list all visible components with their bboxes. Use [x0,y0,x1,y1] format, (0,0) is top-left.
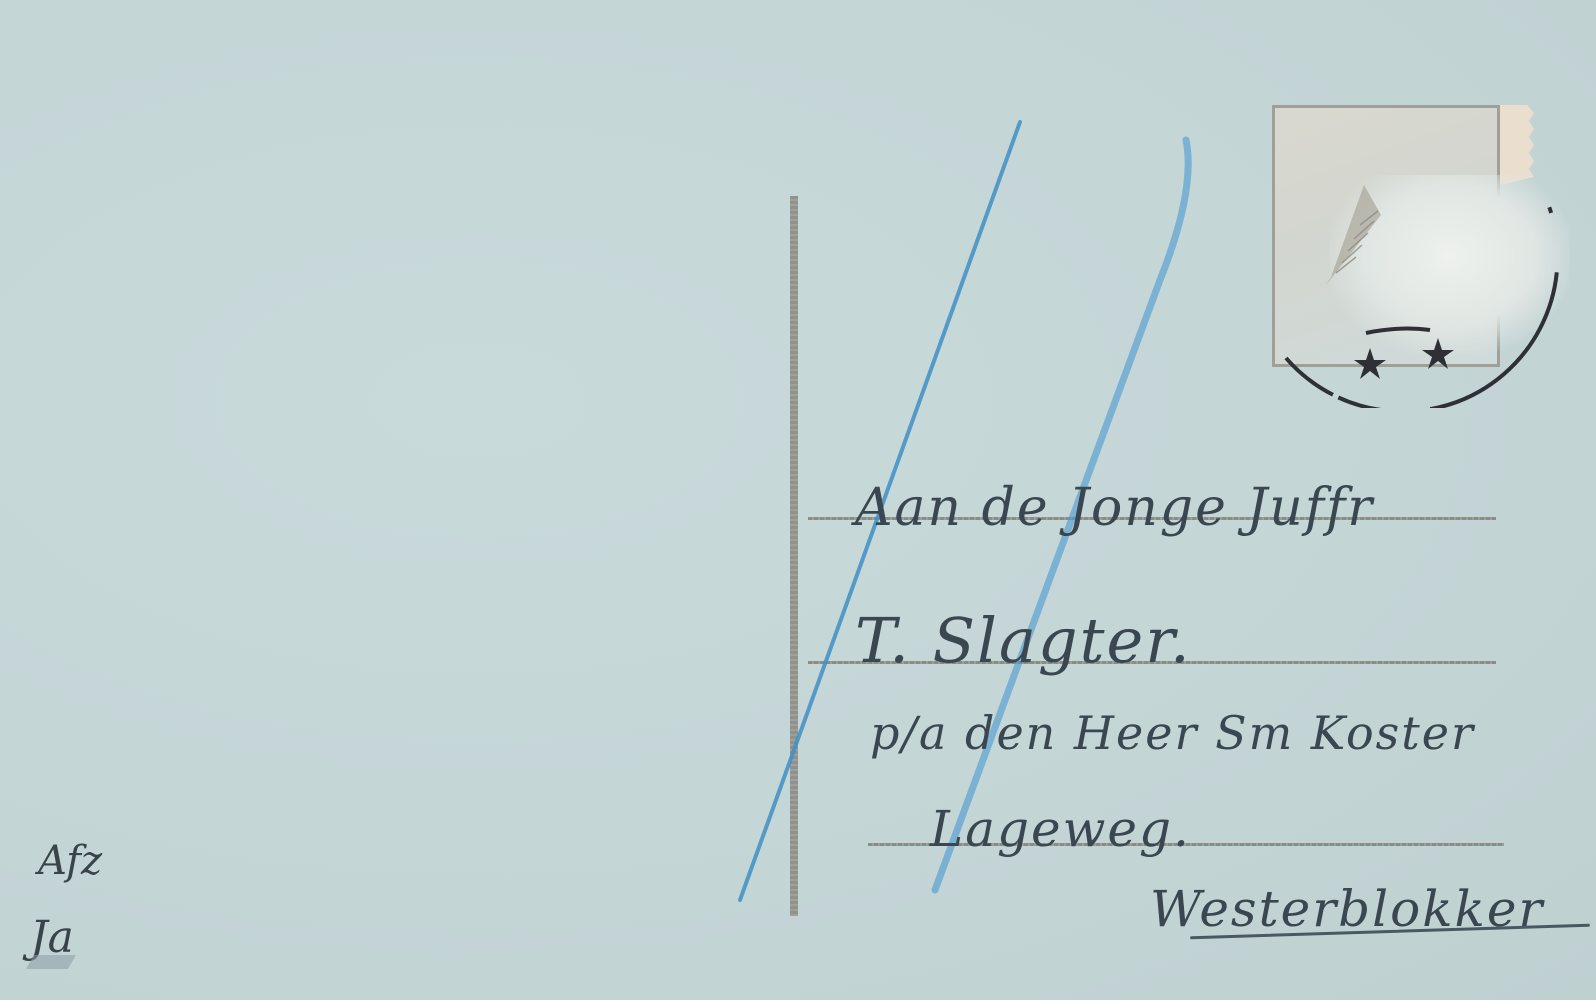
postmark-stars [1354,338,1454,379]
postcard-back: Aan de Jonge Juffr T. Slagter. p/a den H… [0,0,1596,1000]
corner-note-shading [26,955,76,969]
address-care-of: p/a den Heer Sm Koster [870,706,1475,760]
printed-divider-line [790,196,798,916]
address-street: Lageweg. [930,800,1191,858]
circular-postmark-icon [1258,108,1576,408]
corner-note-line-1: Afz [38,838,102,884]
address-recipient-name: T. Slagter. [855,604,1192,677]
address-recipient-title: Aan de Jonge Juffr [855,478,1374,538]
